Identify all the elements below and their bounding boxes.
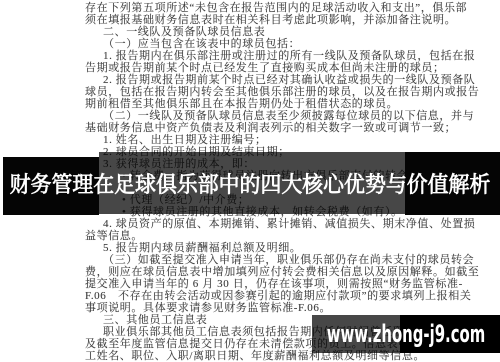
doc-line: 基础财务信息中资产负债表及利润表列示的相关数字一致或可调节一致； [85, 122, 487, 134]
doc-line: 球员，包括在报告期内转会至其他俱乐部注册的球员，以及在报告期内或报告 [85, 86, 487, 98]
doc-line: 1. 姓名、出生日期及注册编号； [103, 134, 487, 146]
doc-line: 提交准入申请当年的 6 月 30 日，仍存在该事项，则需按照“财务监管标准- [85, 278, 487, 290]
doc-line: 存在下列第五项所述“未包含在报告范围内的足球活动收入和支出”，俱乐部 [85, 2, 487, 14]
doc-line: 4. 球员资产的原值、本期摊销、累计摊销、减值损失、期末净值、处置损 [103, 218, 487, 230]
doc-line: 事项说明。具体要求请参见财务监管标准-F.06。 [85, 302, 487, 314]
doc-line: （三）如截至提交准入申请当年，职业俱乐部仍存在尚未支付的球员转会 [103, 254, 487, 266]
doc-line: 须在填报基础财务信息表时在相关科目考虑此项影响，并添加备注说明。 [85, 14, 487, 26]
doc-line: 5. 报告期内球员薪酬福利总额及明细。 [103, 242, 487, 254]
article-title: 财务管理在足球俱乐部中的四大核心优势与价值解析 [13, 152, 488, 215]
doc-line: （一）应当包含在该表中的球员包括： [103, 38, 487, 50]
doc-line: 2. 报告期或报告期前某个时点已经对其确认收益或损失的一线队及预备队 [103, 74, 487, 86]
watermark-url: www.zhong-j9.com [348, 315, 465, 353]
headline-band: 财务管理在足球俱乐部中的四大核心优势与价值解析 [0, 152, 500, 215]
doc-line: 费，则应在球员信息表中增加填列应付转会费相关信息以及原因解释。如截至 [85, 266, 487, 278]
doc-line: （二）一线队及预备队球员信息表至少须披露每位球员的以下信息，并与 [103, 110, 487, 122]
doc-line: 益等信息。 [85, 230, 487, 242]
doc-line: 1. 报告期内在俱乐部注册或注册过的所有一线队及预备队球员，包括在报 [103, 50, 487, 62]
watermark: www.zhong-j9.com [312, 315, 500, 353]
doc-line: 告期或报告期前某个时点已经发生了直接购买成本但尚未注册的球员； [85, 62, 487, 74]
doc-line: 二、一线队及预备队球员信息表 [103, 26, 487, 38]
doc-line: 期前租借至其他俱乐部且在本报告期仍处于租借状态的球员。 [85, 98, 487, 110]
doc-line: F.06 不存在由转会活动或因参赛引起的逾期应付款项”的要求填列上报相关 [85, 290, 487, 302]
article-hero-image: 存在下列第五项所述“未包含在报告范围内的足球活动收入和支出”，俱乐部须在填报基础… [0, 0, 500, 362]
